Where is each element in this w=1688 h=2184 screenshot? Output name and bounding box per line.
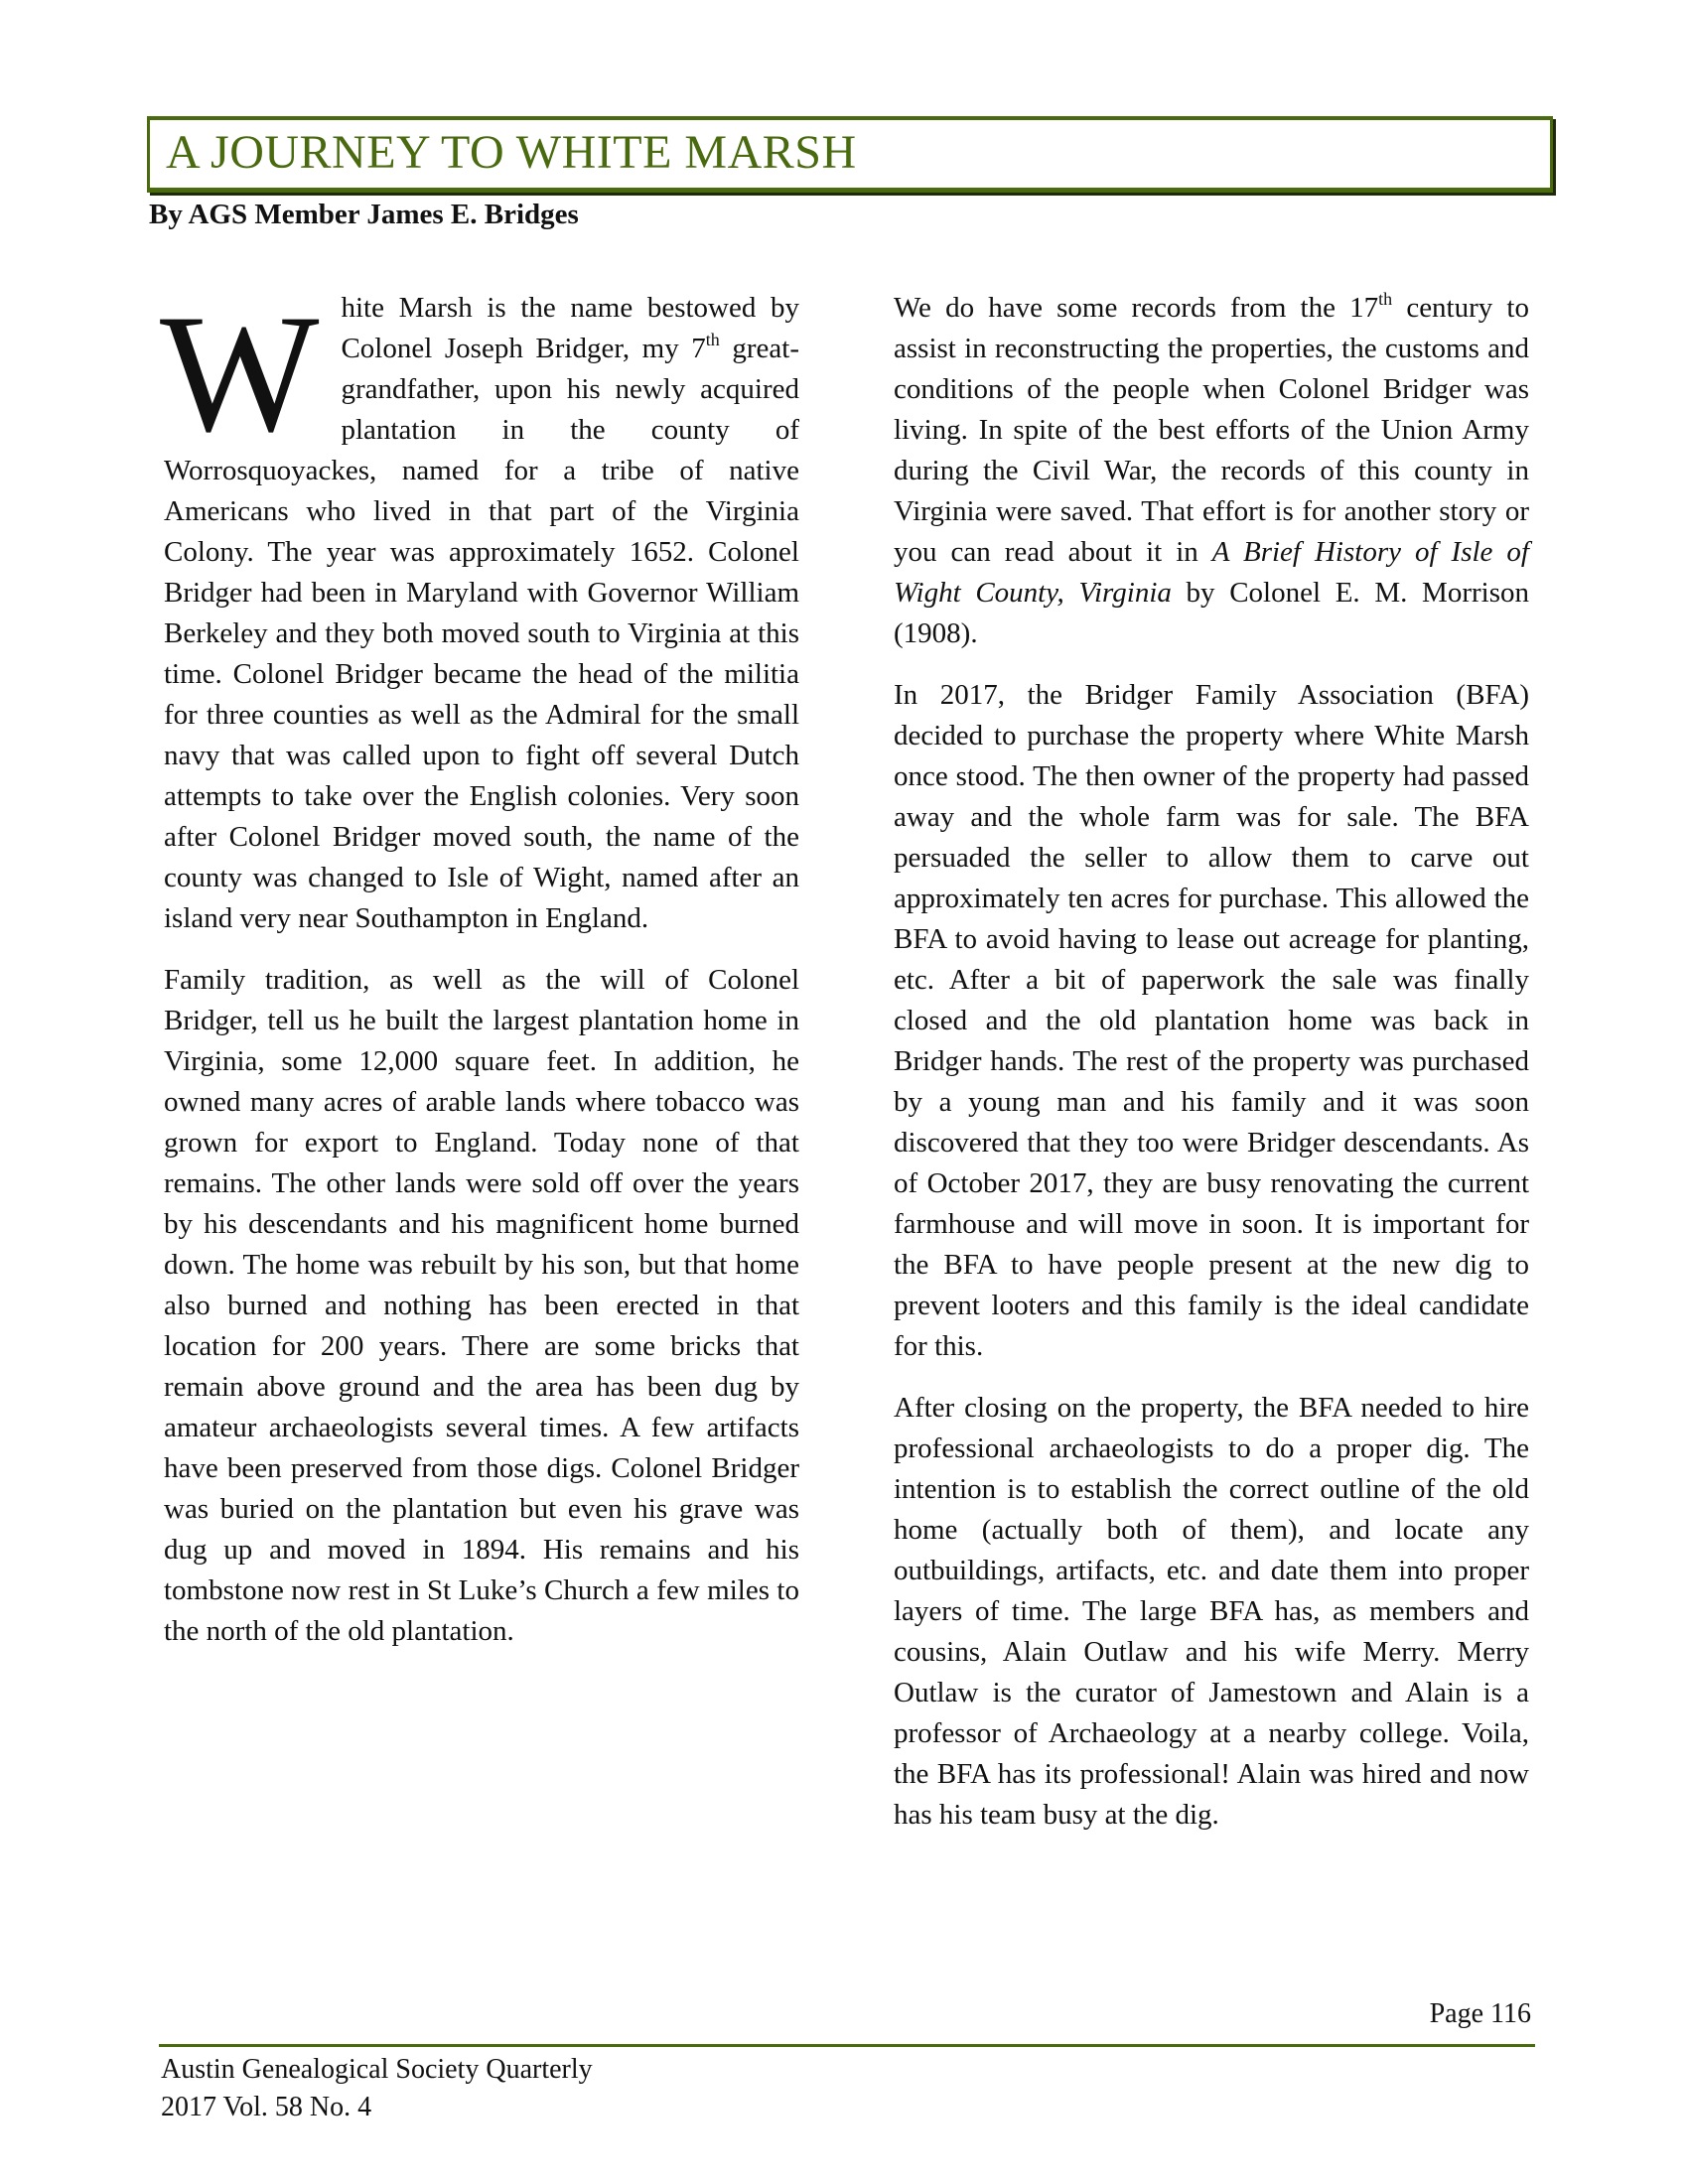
issue-info: 2017 Vol. 58 No. 4 [161, 2089, 593, 2126]
left-column: White Marsh is the name bestowed by Colo… [164, 288, 799, 1673]
byline: By AGS Member James E. Bridges [149, 199, 579, 231]
publication-name: Austin Genealogical Society Quarterly [161, 2051, 593, 2089]
paragraph-1: White Marsh is the name bestowed by Colo… [164, 288, 799, 939]
footer: Austin Genealogical Society Quarterly 20… [161, 2051, 593, 2126]
title-box: A JOURNEY TO WHITE MARSH [147, 116, 1553, 193]
drop-cap: W [160, 304, 319, 443]
paragraph-4: In 2017, the Bridger Family Association … [894, 675, 1529, 1367]
article-title: A JOURNEY TO WHITE MARSH [166, 125, 857, 180]
page-number: Page 116 [1430, 1998, 1531, 2030]
footer-divider [159, 2044, 1535, 2047]
paragraph-5: After closing on the property, the BFA n… [894, 1388, 1529, 1836]
right-column: We do have some records from the 17th ce… [894, 288, 1529, 1856]
paragraph-2: Family tradition, as well as the will of… [164, 960, 799, 1652]
paragraph-3: We do have some records from the 17th ce… [894, 288, 1529, 654]
